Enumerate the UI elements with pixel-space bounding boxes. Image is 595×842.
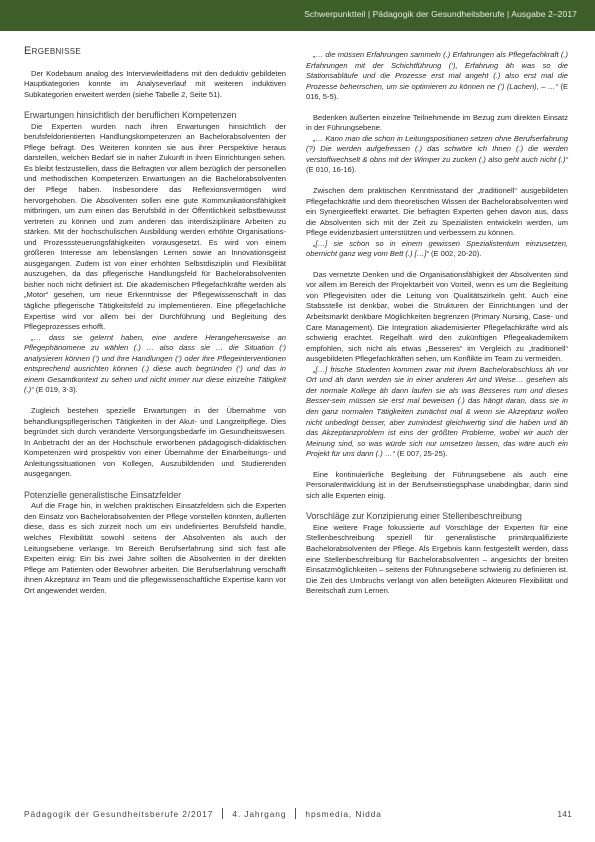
subheading-einsatzfelder: Potenzielle generalistische Einsatzfelde… [24, 490, 286, 501]
body-paragraph: Zwischen dem praktischen Kenntnisstand d… [306, 186, 568, 239]
quote-reference: (E 007, 25-25). [397, 449, 447, 458]
subheading-erwartungen: Erwartungen hinsichtlich der beruflichen… [24, 110, 286, 121]
footer-divider [222, 808, 223, 819]
quote-text: „[…] frische Studenten kommen zwar mit i… [306, 365, 568, 458]
section-heading-ergebnisse: Ergebnisse [24, 46, 286, 57]
quote-reference: (E 002, 20-20). [431, 249, 481, 258]
quote-text: „… Kann man die schon in Leitungspositio… [306, 134, 568, 164]
footer-publisher: hpsmedia, Nidda [305, 809, 381, 819]
interview-quote: „[…] frische Studenten kommen zwar mit i… [306, 365, 568, 460]
running-header-band: Schwerpunktteil | Pädagogik der Gesundhe… [0, 0, 595, 31]
footer-divider [295, 808, 296, 819]
interview-quote: „… dass sie gelernt haben, eine andere H… [24, 333, 286, 396]
body-paragraph: Eine weitere Frage fokussierte auf Vorsc… [306, 523, 568, 597]
interview-quote: „… die müssen Erfahrungen sammeln (.) Er… [306, 50, 568, 103]
body-paragraph: Auf die Frage hin, in welchen praktische… [24, 501, 286, 596]
quote-reference: (E 019, 3-3). [36, 385, 78, 394]
interview-quote: „… Kann man die schon in Leitungspositio… [306, 134, 568, 176]
body-paragraph: Bedenken äußerten einzelne Teilnehmende … [306, 113, 568, 134]
body-paragraph: Eine kontinuierliche Begleitung der Führ… [306, 470, 568, 502]
running-header-title: Schwerpunktteil | Pädagogik der Gesundhe… [304, 9, 577, 19]
left-column: Ergebnisse Der Kodebaum analog des Inter… [24, 42, 286, 596]
quote-reference: (E 010, 16-16). [306, 165, 356, 174]
footer-volume: 4. Jahrgang [232, 809, 286, 819]
body-paragraph: Zugleich bestehen spezielle Erwartungen … [24, 406, 286, 480]
body-paragraph: Die Experten wurden nach ihren Erwartung… [24, 122, 286, 333]
right-column: „… die müssen Erfahrungen sammeln (.) Er… [306, 50, 568, 597]
quote-text: „… die müssen Erfahrungen sammeln (.) Er… [306, 50, 568, 91]
interview-quote: „[…] sie schon so in einem gewissen Spez… [306, 239, 568, 260]
page-footer: Pädagogik der Gesundheitsberufe 2/2017 4… [24, 808, 572, 819]
body-paragraph: Das vernetzte Denken und die Organisatio… [306, 270, 568, 365]
footer-journal: Pädagogik der Gesundheitsberufe 2/2017 [24, 809, 213, 819]
intro-paragraph: Der Kodebaum analog des Interviewleitfad… [24, 69, 286, 101]
subheading-stellenbeschreibung: Vorschläge zur Konzipierung einer Stelle… [306, 511, 568, 522]
page-number: 141 [557, 809, 572, 819]
